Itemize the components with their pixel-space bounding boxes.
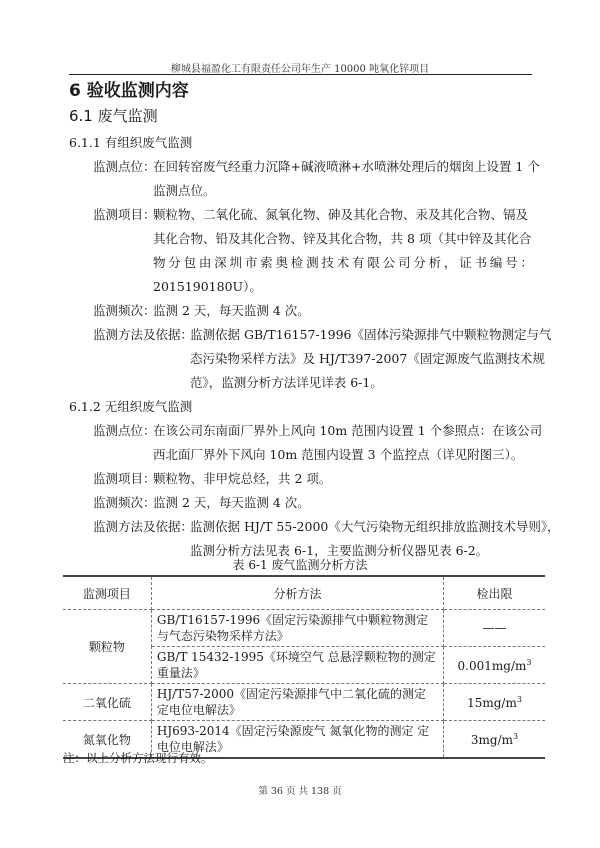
analysis-method-table: 监测项目 分析方法 检出限 颗粒物 GB/T16157-1996《固定污染源排气…	[63, 575, 545, 759]
cell-limit: 0.001mg/m3	[444, 647, 545, 684]
text-items-3: 物分包由深圳市索奥检测技术有限公司分析，证书编号：	[153, 253, 533, 271]
text-location-2: 西北面厂界外下风向 10m 范围内设置 3 个监控点（详见附图三）。	[153, 445, 523, 463]
text-method-2: 态污染物采样方法》及 HJ/T397-2007《固定源废气监测技术规	[190, 349, 545, 367]
text-frequency: 监测 2 天，每天监测 4 次。	[153, 301, 310, 319]
page-number: 第 36 页 共 138 页	[0, 783, 600, 797]
table-caption: 表 6-1 废气监测分析方法	[0, 556, 600, 573]
label-items: 监测项目：	[93, 205, 156, 223]
header-method: 分析方法	[151, 576, 443, 610]
cell-method: GB/T 15432-1995《环境空气 总悬浮颗粒物的测定 重量法》	[151, 647, 443, 684]
limit-value: 15mg/m	[467, 696, 517, 710]
header-limit: 检出限	[444, 576, 545, 610]
text-method-1: 监测依据 GB/T16157-1996《固体污染源排气中颗粒物测定与气	[190, 325, 552, 343]
text-items-4: 2015190180U）。	[153, 277, 262, 295]
subsection-title-organized: 6.1.1 有组织废气监测	[69, 133, 192, 151]
header-rule	[69, 74, 532, 75]
limit-exponent: 3	[517, 695, 522, 704]
running-header: 柳城县福盈化工有限责任公司年生产 10000 吨氧化锌项目	[0, 60, 600, 75]
text-method-3: 范》，监测分析方法详见详表 6-1。	[190, 373, 383, 391]
table-note: 注：以上分析方法现行有效。	[63, 750, 213, 766]
limit-value: 3mg/m	[471, 733, 513, 747]
text-items-2: 其化合物、铅及其化合物、锌及其化合物，共 8 项（其中锌及其化合	[153, 229, 531, 247]
label-frequency: 监测频次：	[93, 301, 156, 319]
cell-method: GB/T16157-1996《固定污染源排气中颗粒物测定与气态污染物采样方法》	[151, 610, 443, 647]
text-items: 颗粒物、非甲烷总烃，共 2 项。	[153, 469, 331, 487]
cell-item: 二氧化硫	[63, 684, 151, 721]
label-items: 监测项目：	[93, 469, 156, 487]
text-items-1: 颗粒物、二氧化硫、氮氧化物、砷及其化合物、汞及其化合物、镉及	[153, 205, 528, 223]
label-frequency: 监测频次：	[93, 493, 156, 511]
text-location-2: 监测点位。	[153, 181, 216, 199]
text-method-1: 监测依据 HJ/T 55-2000《大气污染物无组织排放监测技术导则》，	[190, 517, 560, 535]
limit-exponent: 3	[526, 658, 531, 667]
table-header-row: 监测项目 分析方法 检出限	[63, 576, 545, 610]
subsection-title-fugitive: 6.1.2 无组织废气监测	[69, 397, 192, 415]
cell-method: HJ/T57-2000《固定污染源排气中二氧化硫的测定 定电位电解法》	[151, 684, 443, 721]
chapter-title: 6 验收监测内容	[69, 76, 189, 101]
header-item: 监测项目	[63, 576, 151, 610]
table-row: 二氧化硫 HJ/T57-2000《固定污染源排气中二氧化硫的测定 定电位电解法》…	[63, 684, 545, 721]
limit-exponent: 3	[513, 732, 518, 741]
label-method: 监测方法及依据：	[93, 325, 193, 343]
cell-limit: ——	[444, 610, 545, 647]
limit-value: 0.001mg/m	[458, 659, 527, 673]
cell-item: 颗粒物	[63, 610, 151, 684]
table-row: 颗粒物 GB/T16157-1996《固定污染源排气中颗粒物测定与气态污染物采样…	[63, 610, 545, 647]
label-method: 监测方法及依据：	[93, 517, 193, 535]
text-location-1: 在该公司东南面厂界外上风向 10m 范围内设置 1 个参照点：在该公司	[153, 421, 542, 439]
text-frequency: 监测 2 天，每天监测 4 次。	[153, 493, 310, 511]
cell-limit: 15mg/m3	[444, 684, 545, 721]
label-location: 监测点位：	[93, 421, 156, 439]
cell-limit: 3mg/m3	[444, 721, 545, 759]
label-location: 监测点位：	[93, 157, 156, 175]
section-title: 6.1 废气监测	[69, 105, 158, 126]
text-location-1: 在回转窑废气经重力沉降+碱液喷淋+水喷淋处理后的烟囱上设置 1 个	[153, 157, 540, 175]
